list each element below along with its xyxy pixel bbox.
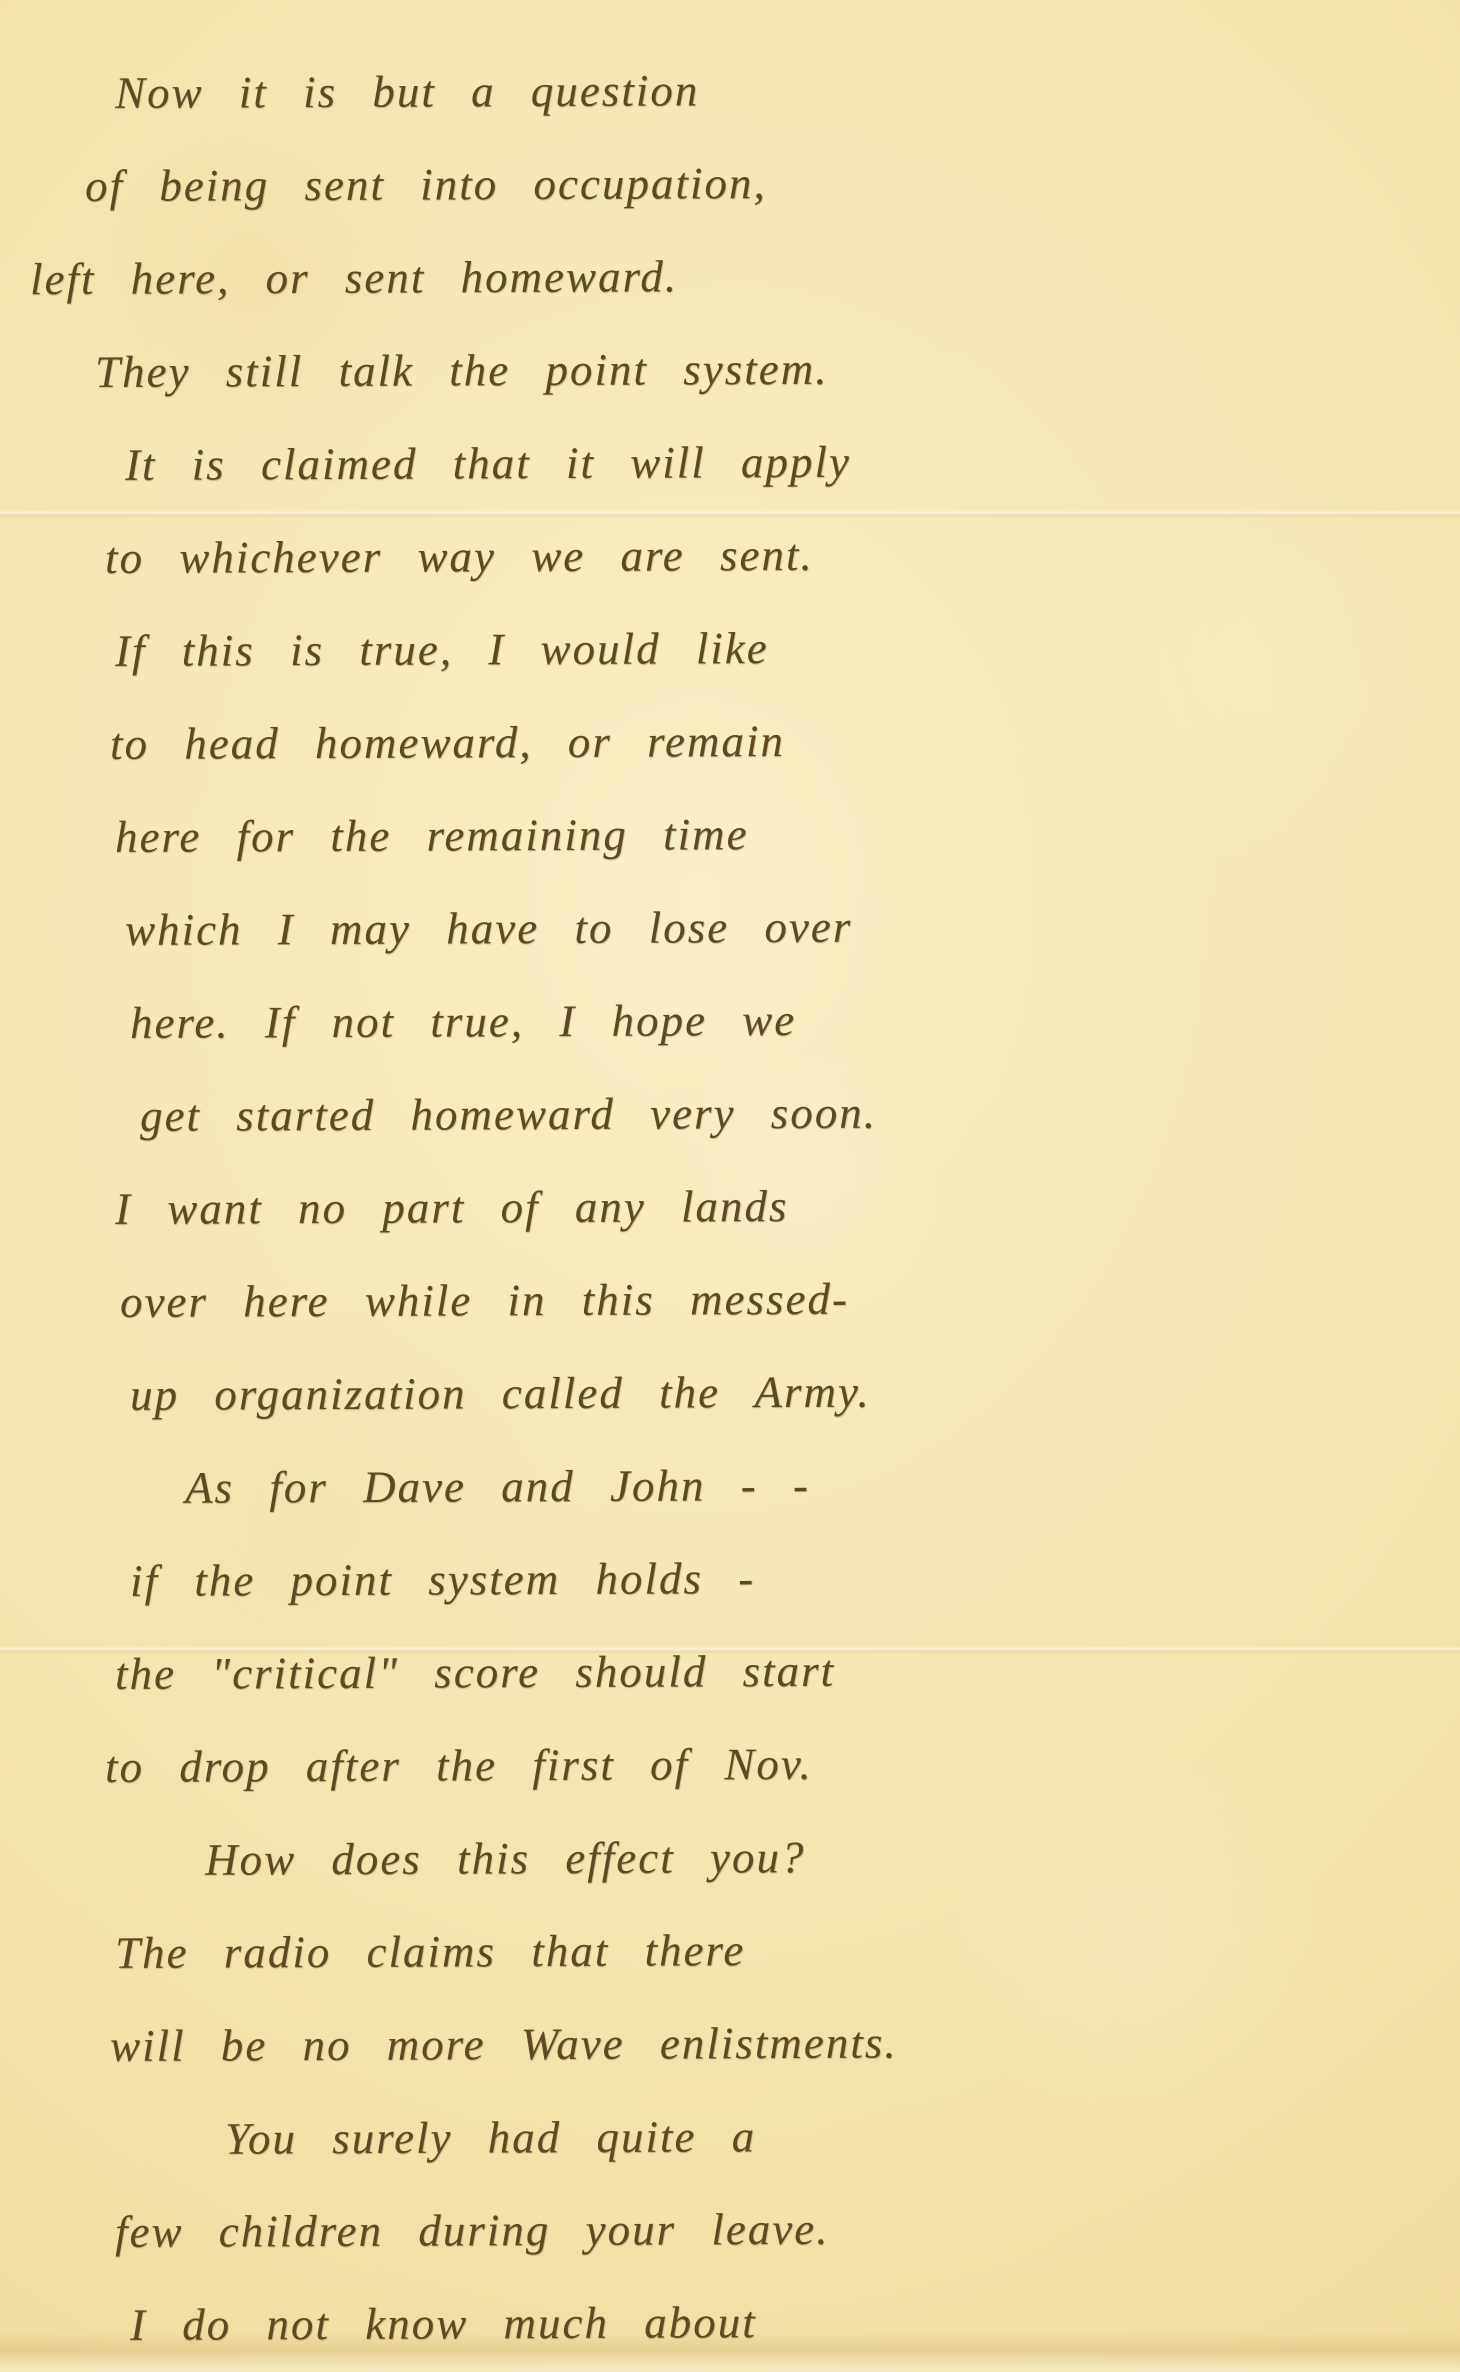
handwritten-line: I want no part of any lands	[115, 1157, 1460, 1256]
handwritten-line: You surely had quite a	[225, 2087, 1460, 2185]
handwritten-line: will be no more Wave enlistments.	[110, 1994, 1460, 2093]
letter-text: Now it is but a question of being sent i…	[0, 44, 1460, 2369]
letter-page: Now it is but a question of being sent i…	[0, 0, 1460, 2372]
handwritten-line: left here, or sent homeward.	[30, 227, 1460, 326]
handwritten-line: As for Dave and John - -	[185, 1436, 1460, 1535]
handwritten-line: here. If not true, I hope we	[130, 971, 1460, 1070]
handwritten-line: How does this effect you?	[205, 1808, 1460, 1906]
handwritten-line: Now it is but a question	[115, 41, 1460, 140]
handwritten-line: The radio claims that there	[115, 1901, 1460, 2000]
handwritten-line: up organization called the Army.	[130, 1343, 1460, 1442]
handwritten-line: They still talk the point system.	[95, 320, 1460, 419]
handwritten-line: few children during your leave.	[115, 2180, 1460, 2279]
handwritten-line: get started homeward very soon.	[140, 1064, 1460, 1163]
handwritten-line: I do not know much about	[130, 2273, 1460, 2372]
handwritten-line: It is claimed that it will apply	[125, 413, 1460, 512]
handwritten-line: to whichever way we are sent.	[105, 506, 1460, 605]
handwritten-line: of being sent into occupation,	[85, 134, 1460, 233]
handwritten-line: over here while in this messed-	[120, 1250, 1460, 1349]
handwritten-line: here for the remaining time	[115, 785, 1460, 884]
handwritten-line: the "critical" score should start	[115, 1622, 1460, 1721]
handwritten-line: If this is true, I would like	[115, 599, 1460, 698]
handwritten-line: to head homeward, or remain	[110, 692, 1460, 791]
handwritten-line: to drop after the first of Nov.	[105, 1715, 1460, 1814]
handwritten-line: if the point system holds -	[130, 1529, 1460, 1628]
handwritten-line: which I may have to lose over	[125, 878, 1460, 977]
